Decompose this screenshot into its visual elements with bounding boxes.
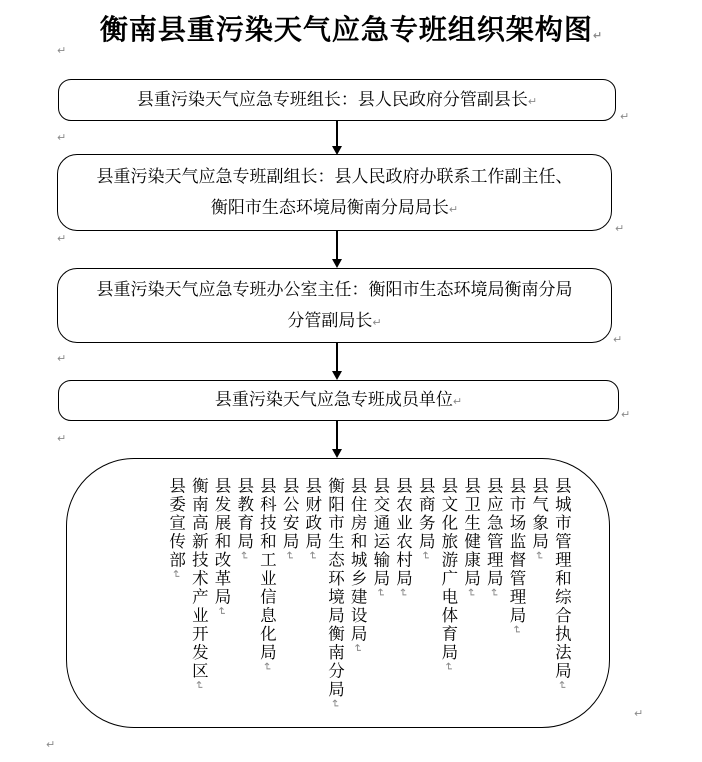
members-box: 县城市管理和综合执法局↵县气象局↵县市场监督管理局↵县应急管理局↵县卫生健康局↵…	[66, 458, 610, 728]
member-unit: 县公安局↵	[280, 477, 299, 719]
paragraph-mark: ↵	[397, 588, 410, 597]
member-unit-label: 县委宣传部	[167, 477, 186, 570]
paragraph-mark: ↵	[510, 625, 523, 634]
paragraph-mark: ↵	[465, 588, 478, 597]
member-unit: 县市场监督管理局↵	[507, 477, 526, 719]
paragraph-mark: ↵	[57, 44, 66, 57]
member-unit-label: 县科技和工业信息化局	[257, 477, 276, 662]
member-unit-label: 县卫生健康局	[462, 477, 481, 588]
org-box-deputy-text2: 衡阳市生态环境局衡南分局局长	[211, 198, 449, 217]
member-unit: 县教育局↵	[235, 477, 254, 719]
paragraph-mark: ↵	[328, 699, 341, 708]
org-box-members-header: 县重污染天气应急专班成员单位↵	[58, 380, 619, 421]
paragraph-mark: ↵	[170, 570, 183, 579]
member-unit: 县城市管理和综合执法局↵	[552, 477, 571, 719]
paragraph-mark: ↵	[260, 662, 273, 671]
org-box-deputy: 县重污染天气应急专班副组长：县人民政府办联系工作副主任、 衡阳市生态环境局衡南分…	[57, 154, 612, 231]
member-unit-label: 衡阳市生态环境局衡南分局	[325, 477, 344, 699]
org-box-leader-line: 县重污染天气应急专班组长：县人民政府分管副县长↵	[59, 84, 615, 117]
paragraph-mark: ↵	[533, 551, 546, 560]
paragraph-mark: ↵	[57, 432, 66, 445]
member-unit-label: 县教育局	[235, 477, 254, 551]
member-unit-label: 县城市管理和综合执法局	[552, 477, 571, 681]
member-unit-label: 县商务局	[416, 477, 435, 551]
paragraph-mark: ↵	[283, 551, 296, 560]
member-unit-label: 县住房和城乡建设局	[348, 477, 367, 644]
paragraph-mark: ↵	[620, 110, 629, 123]
paragraph-mark: ↵	[306, 551, 319, 560]
paragraph-mark: ↵	[351, 644, 364, 653]
org-chart-page: 衡南县重污染天气应急专班组织架构图↵ ↵ ↵ ↵ ↵ ↵ ↵ ↵ ↵ ↵ ↵ ↵…	[0, 0, 702, 762]
member-unit-label: 县市场监督管理局	[507, 477, 526, 625]
member-unit-label: 县气象局	[530, 477, 549, 551]
org-box-leader-text: 县重污染天气应急专班组长：县人民政府分管副县长	[137, 90, 528, 109]
paragraph-mark: ↵	[615, 222, 624, 235]
paragraph-mark: ↵	[419, 551, 432, 560]
org-box-members-header-text: 县重污染天气应急专班成员单位	[215, 390, 453, 409]
org-box-office-text2: 分管副局长	[287, 311, 372, 330]
member-unit: 衡南高新技术产业开发区↵	[189, 477, 208, 719]
member-unit: 县科技和工业信息化局↵	[257, 477, 276, 719]
paragraph-mark: ↵	[528, 95, 537, 108]
member-unit-label: 衡南高新技术产业开发区	[189, 477, 208, 681]
org-box-deputy-line2: 衡阳市生态环境局衡南分局局长↵	[58, 192, 611, 225]
org-box-members-header-line: 县重污染天气应急专班成员单位↵	[59, 384, 618, 417]
member-unit: 县商务局↵	[416, 477, 435, 719]
paragraph-mark: ↵	[46, 738, 55, 751]
org-box-office-text1: 县重污染天气应急专班办公室主任：衡阳市生态环境局衡南分局	[97, 280, 573, 299]
paragraph-mark: ↵	[372, 316, 381, 329]
paragraph-mark: ↵	[442, 662, 455, 671]
paragraph-mark: ↵	[238, 551, 251, 560]
member-unit-label: 县文化旅游广电体育局	[439, 477, 458, 662]
org-box-office-line2: 分管副局长↵	[58, 305, 611, 338]
member-unit: 县委宣传部↵	[167, 477, 186, 719]
member-unit: 县住房和城乡建设局↵	[348, 477, 367, 719]
paragraph-mark: ↵	[621, 408, 630, 421]
flow-arrow-1	[336, 120, 338, 147]
paragraph-mark: ↵	[613, 333, 622, 346]
paragraph-mark: ↵	[593, 29, 602, 42]
org-box-leader: 县重污染天气应急专班组长：县人民政府分管副县长↵	[58, 79, 616, 121]
member-unit: 县气象局↵	[530, 477, 549, 719]
flow-arrow-2	[336, 230, 338, 260]
org-box-deputy-text1: 县重污染天气应急专班副组长：县人民政府办联系工作副主任、	[97, 167, 573, 186]
paragraph-mark: ↵	[57, 232, 66, 245]
paragraph-mark: ↵	[555, 681, 568, 690]
page-title: 衡南县重污染天气应急专班组织架构图↵	[0, 8, 702, 48]
paragraph-mark: ↵	[453, 395, 462, 408]
member-unit-label: 县公安局	[280, 477, 299, 551]
flow-arrow-4	[336, 420, 338, 450]
paragraph-mark: ↵	[374, 588, 387, 597]
member-unit: 县农业农村局↵	[394, 477, 413, 719]
paragraph-mark: ↵	[634, 707, 643, 720]
member-unit: 衡阳市生态环境局衡南分局↵	[325, 477, 344, 719]
member-unit-label: 县交通运输局	[371, 477, 390, 588]
org-box-deputy-line1: 县重污染天气应急专班副组长：县人民政府办联系工作副主任、	[58, 161, 611, 192]
paragraph-mark: ↵	[57, 131, 66, 144]
paragraph-mark: ↵	[57, 352, 66, 365]
paragraph-mark: ↵	[215, 607, 228, 616]
paragraph-mark: ↵	[192, 681, 205, 690]
flow-arrow-3	[336, 342, 338, 372]
member-unit: 县应急管理局↵	[484, 477, 503, 719]
member-unit-label: 县发展和改革局	[212, 477, 231, 607]
org-box-office: 县重污染天气应急专班办公室主任：衡阳市生态环境局衡南分局 分管副局长↵	[57, 268, 612, 343]
member-unit: 县文化旅游广电体育局↵	[439, 477, 458, 719]
paragraph-mark: ↵	[487, 588, 500, 597]
member-unit: 县交通运输局↵	[371, 477, 390, 719]
member-unit: 县财政局↵	[303, 477, 322, 719]
member-unit-label: 县农业农村局	[394, 477, 413, 588]
paragraph-mark: ↵	[449, 203, 458, 216]
member-unit: 县发展和改革局↵	[212, 477, 231, 719]
member-unit-label: 县财政局	[303, 477, 322, 551]
page-title-text: 衡南县重污染天气应急专班组织架构图	[100, 15, 593, 46]
member-unit-label: 县应急管理局	[484, 477, 503, 588]
member-unit: 县卫生健康局↵	[462, 477, 481, 719]
members-flow: 县城市管理和综合执法局↵县气象局↵县市场监督管理局↵县应急管理局↵县卫生健康局↵…	[95, 477, 575, 719]
org-box-office-line1: 县重污染天气应急专班办公室主任：衡阳市生态环境局衡南分局	[58, 274, 611, 305]
